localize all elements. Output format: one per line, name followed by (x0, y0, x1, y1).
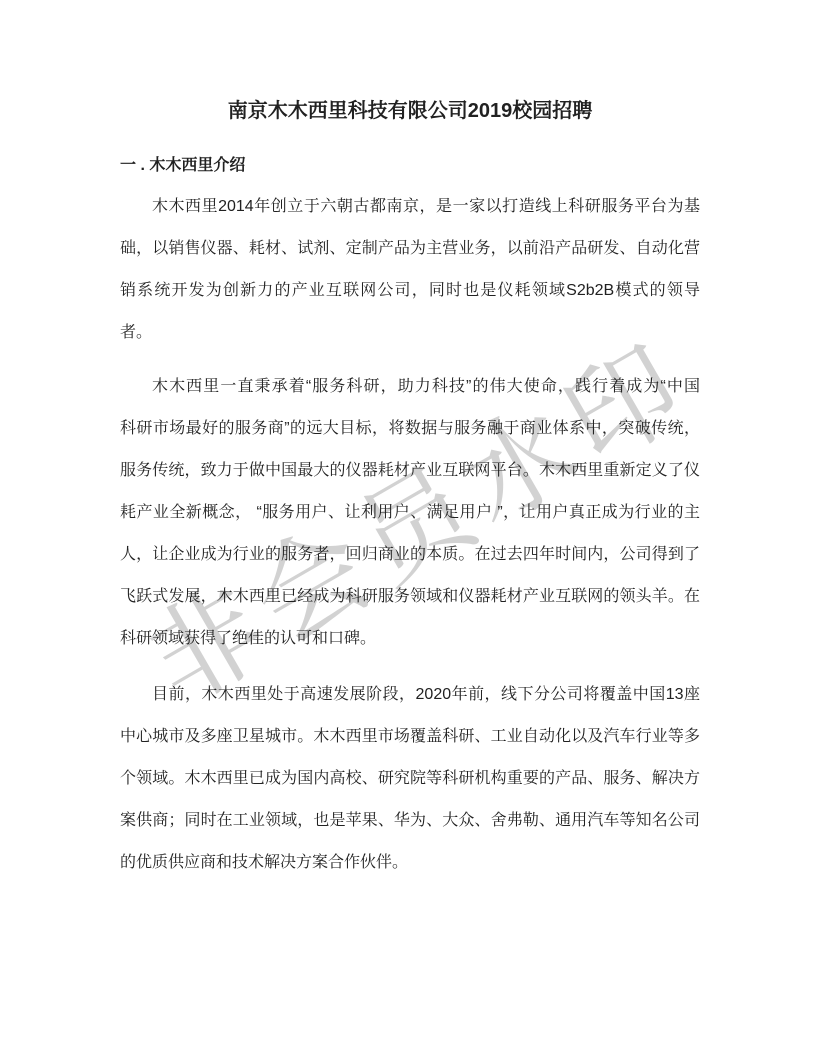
section-heading: 一 . 木木西里介绍 (120, 154, 700, 178)
paragraph-line: 销系统开发为创新力的产业互联网公司，同时也是仪耗领域S2b2B模式的领导 (120, 270, 700, 312)
paragraph: 木木西里2014年创立于六朝古都南京，是一家以打造线上科研服务平台为基础，以销售… (120, 186, 700, 354)
paragraph-line: 耗产业全新概念， “服务用户、让利用户、满足用户 ”，让用户真正成为行业的主 (120, 492, 700, 534)
document-page: 非会员水印 南京木木西里科技有限公司2019校园招聘 一 . 木木西里介绍 木木… (0, 0, 816, 1056)
paragraph: 目前，木木西里处于高速发展阶段，2020年前，线下分公司将覆盖中国13座中心城市… (120, 674, 700, 884)
paragraph-line: 者。 (120, 312, 700, 354)
document-title: 南京木木西里科技有限公司2019校园招聘 (120, 96, 700, 126)
paragraph-line: 个领域。木木西里已成为国内高校、研究院等科研机构重要的产品、服务、解决方 (120, 758, 700, 800)
paragraph-line: 中心城市及多座卫星城市。木木西里市场覆盖科研、工业自动化以及汽车行业等多 (120, 716, 700, 758)
paragraph-line: 的优质供应商和技术解决方案合作伙伴。 (120, 842, 700, 884)
paragraph-line: 飞跃式发展，木木西里已经成为科研服务领域和仪器耗材产业互联网的领头羊。在 (120, 576, 700, 618)
paragraph-line: 木木西里一直秉承着“服务科研，助力科技”的伟大使命，践行着成为“中国 (120, 366, 700, 408)
paragraph-line: 服务传统，致力于做中国最大的仪器耗材产业互联网平台。木木西里重新定义了仪 (120, 450, 700, 492)
paragraph-line: 木木西里2014年创立于六朝古都南京，是一家以打造线上科研服务平台为基 (120, 186, 700, 228)
paragraph-line: 案供商；同时在工业领域，也是苹果、华为、大众、舍弗勒、通用汽车等知名公司 (120, 800, 700, 842)
paragraph-line: 础，以销售仪器、耗材、试剂、定制产品为主营业务，以前沿产品研发、自动化营 (120, 228, 700, 270)
document-body: 木木西里2014年创立于六朝古都南京，是一家以打造线上科研服务平台为基础，以销售… (120, 186, 700, 884)
document-content: 南京木木西里科技有限公司2019校园招聘 一 . 木木西里介绍 木木西里2014… (120, 96, 700, 884)
paragraph-line: 人，让企业成为行业的服务者，回归商业的本质。在过去四年时间内，公司得到了 (120, 534, 700, 576)
paragraph-line: 科研市场最好的服务商”的远大目标，将数据与服务融于商业体系中，突破传统， (120, 408, 700, 450)
paragraph-line: 目前，木木西里处于高速发展阶段，2020年前，线下分公司将覆盖中国13座 (120, 674, 700, 716)
paragraph: 木木西里一直秉承着“服务科研，助力科技”的伟大使命，践行着成为“中国科研市场最好… (120, 366, 700, 660)
paragraph-line: 科研领域获得了绝佳的认可和口碑。 (120, 618, 700, 660)
